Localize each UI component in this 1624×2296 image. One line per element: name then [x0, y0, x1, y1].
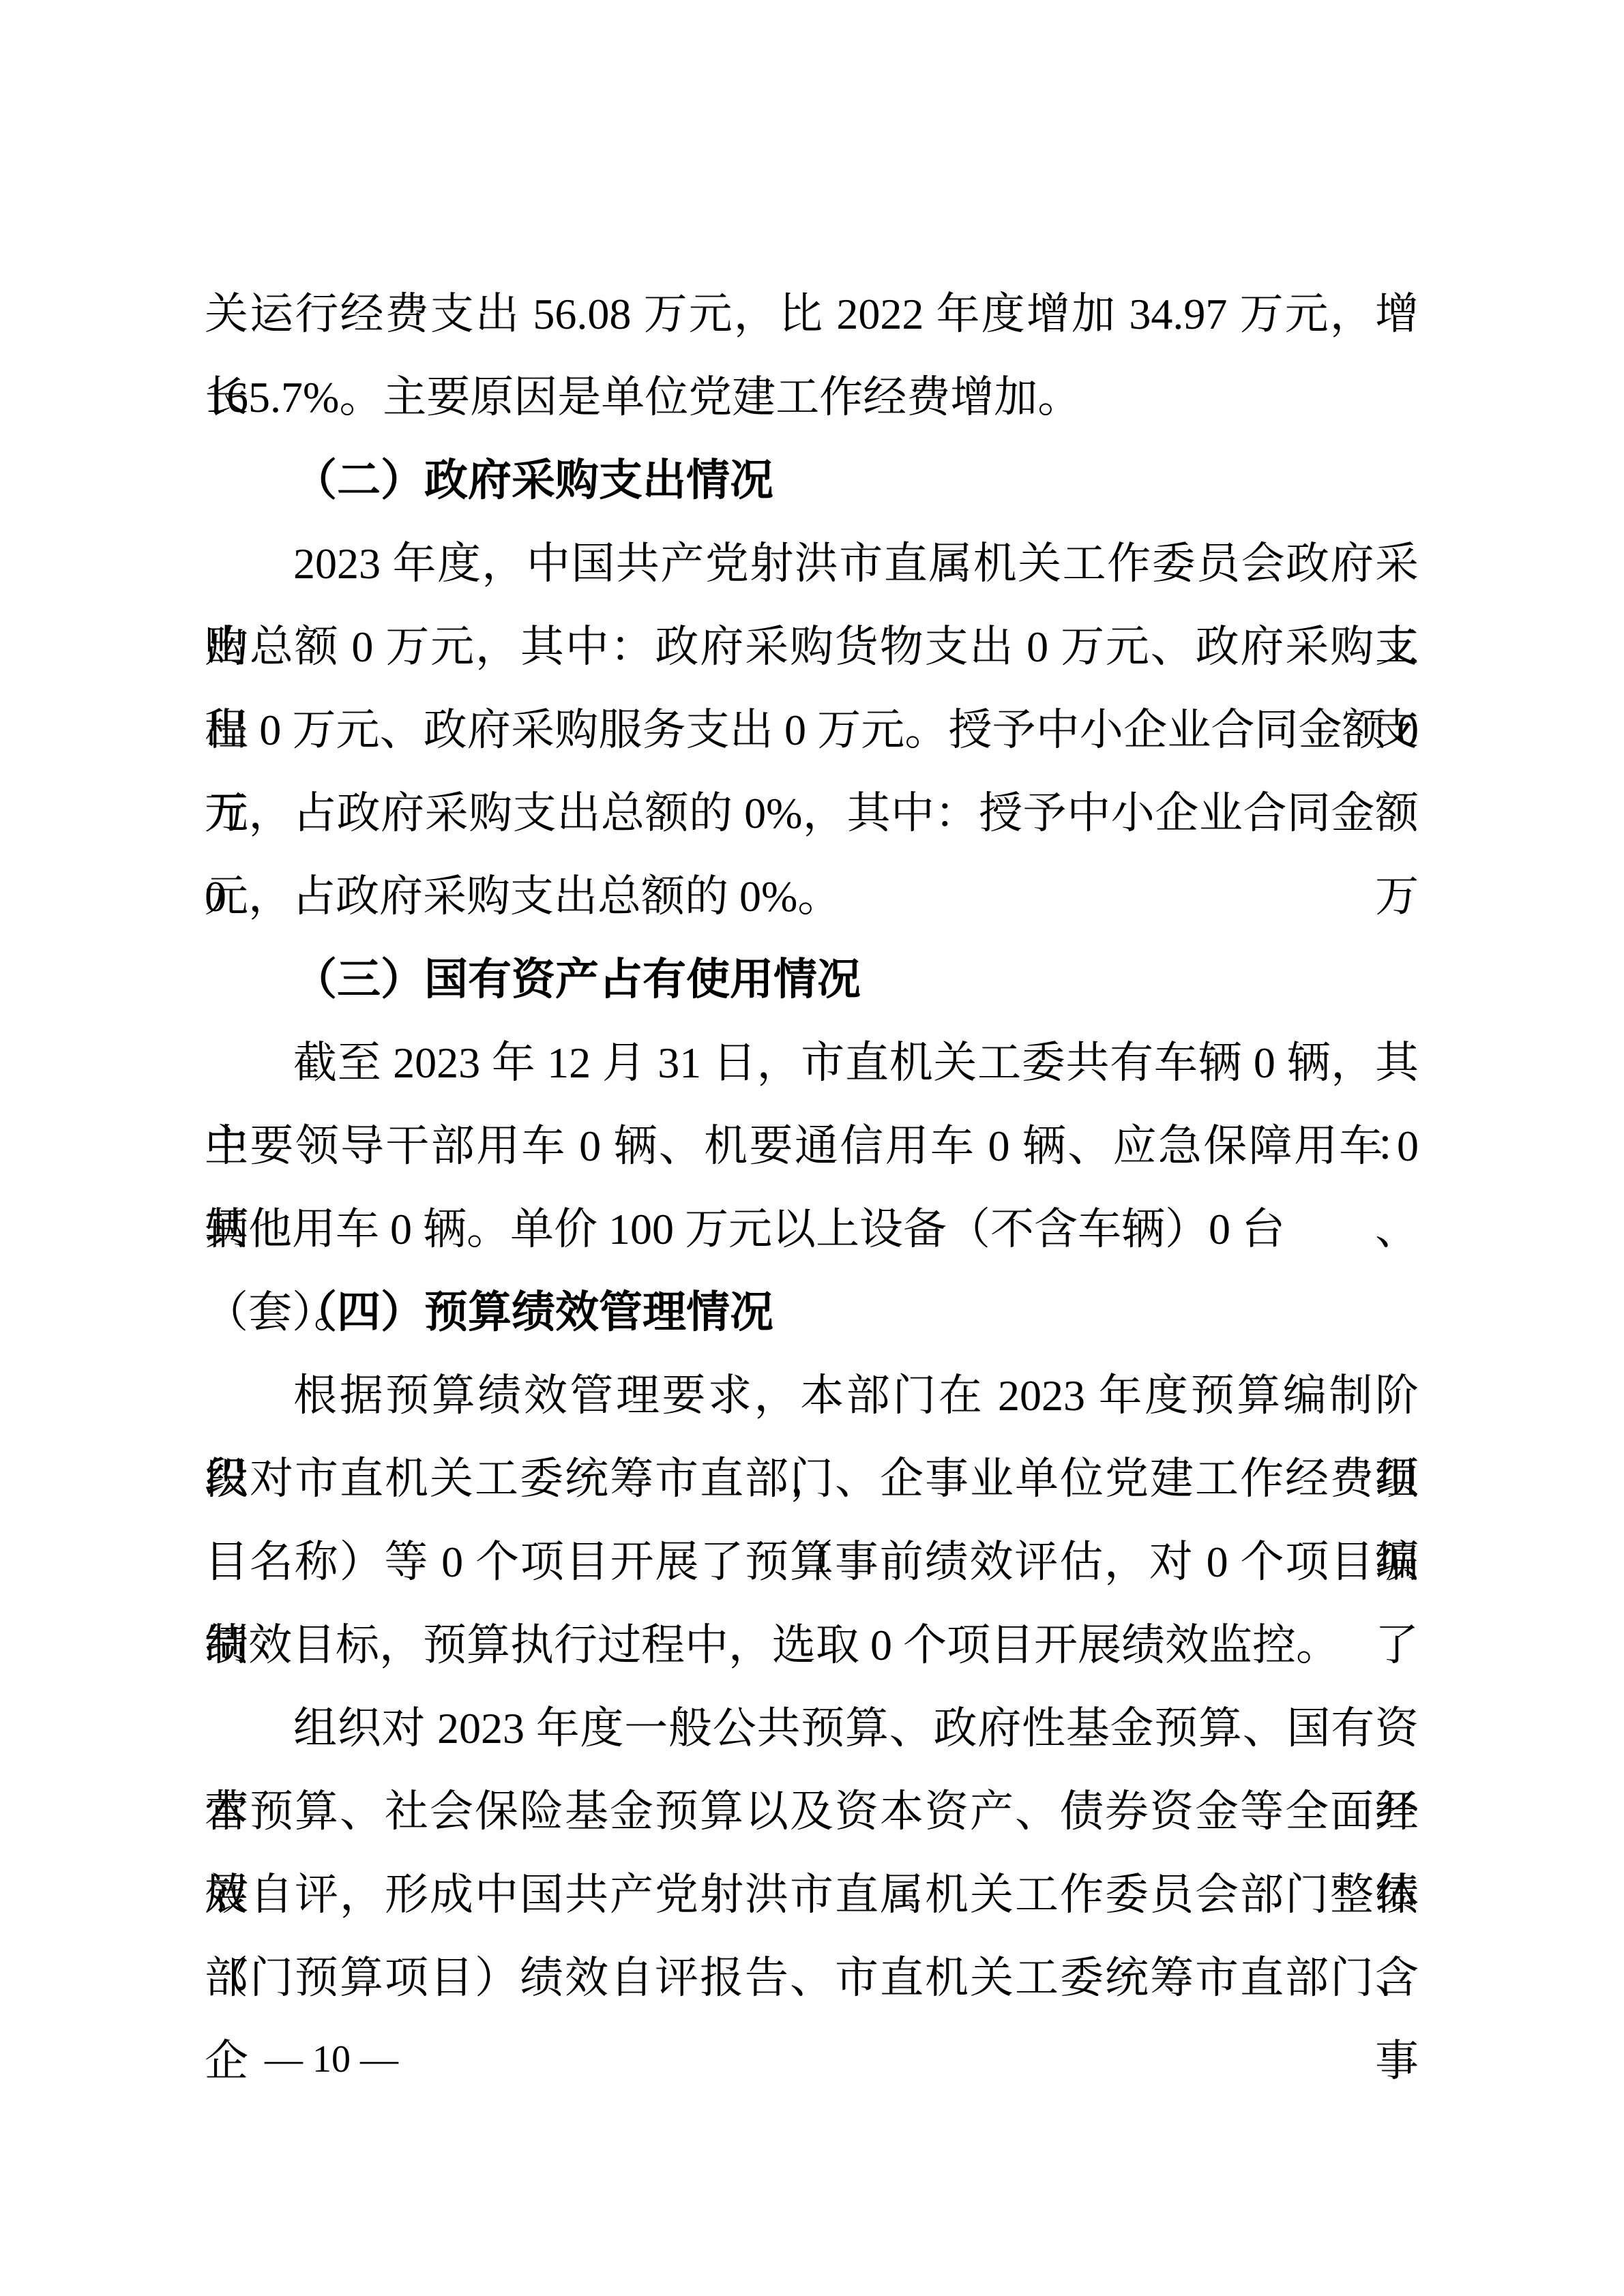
text-line: 根据预算绩效管理要求，本部门在 2023 年度预算编制阶段，组	[205, 1354, 1419, 1437]
text-line: 其他用车 0 辆。单价 100 万元以上设备（不含车辆）0 台（套）。	[205, 1188, 1419, 1271]
text-line: 2023 年度，中国共产党射洪市直属机关工作委员会政府采购支	[205, 522, 1419, 606]
text-line: 截至 2023 年 12 月 31 日，市直机关工委共有车辆 0 辆，其中：	[205, 1022, 1419, 1105]
text-line: 元，占政府采购支出总额的 0%，其中：授予中小企业合同金额 0 万	[205, 772, 1419, 855]
text-line: 部门预算项目）绩效自评报告、市直机关工委统筹市直部门、企事	[205, 1937, 1419, 2020]
document-page: 关运行经费支出 56.08 万元，比 2022 年度增加 34.97 万元，增长…	[0, 0, 1624, 2296]
text-line: 组织对 2023 年度一般公共预算、政府性基金预算、国有资本经	[205, 1687, 1419, 1770]
section-heading: （四）预算绩效管理情况	[205, 1271, 1419, 1354]
text-line: 165.7%。主要原因是单位党建工作经费增加。	[205, 356, 1419, 439]
text-line: 目名称）等 0 个项目开展了预算事前绩效评估，对 0 个项目编制了	[205, 1521, 1419, 1604]
section-heading: （二）政府采购支出情况	[205, 439, 1419, 522]
document-body: 关运行经费支出 56.08 万元，比 2022 年度增加 34.97 万元，增长…	[205, 273, 1419, 2020]
section-heading: （三）国有资产占有使用情况	[205, 938, 1419, 1022]
text-line: 出总额 0 万元，其中：政府采购货物支出 0 万元、政府采购工程支	[205, 606, 1419, 689]
page-number: — 10 —	[265, 2038, 398, 2081]
text-line: 关运行经费支出 56.08 万元，比 2022 年度增加 34.97 万元，增长	[205, 273, 1419, 356]
text-line: 出 0 万元、政府采购服务支出 0 万元。授予中小企业合同金额 0 万	[205, 689, 1419, 772]
text-line: 绩效目标，预算执行过程中，选取 0 个项目开展绩效监控。	[205, 1604, 1419, 1687]
text-line: 营预算、社会保险基金预算以及资本资产、债券资金等全面开展绩	[205, 1770, 1419, 1853]
text-line: 主要领导干部用车 0 辆、机要通信用车 0 辆、应急保障用车 0 辆、	[205, 1105, 1419, 1188]
text-line: 织对市直机关工委统筹市直部门、企事业单位党建工作经费项目（项	[205, 1437, 1419, 1521]
text-line: 效自评，形成中国共产党射洪市直属机关工作委员会部门整体（含	[205, 1853, 1419, 1937]
